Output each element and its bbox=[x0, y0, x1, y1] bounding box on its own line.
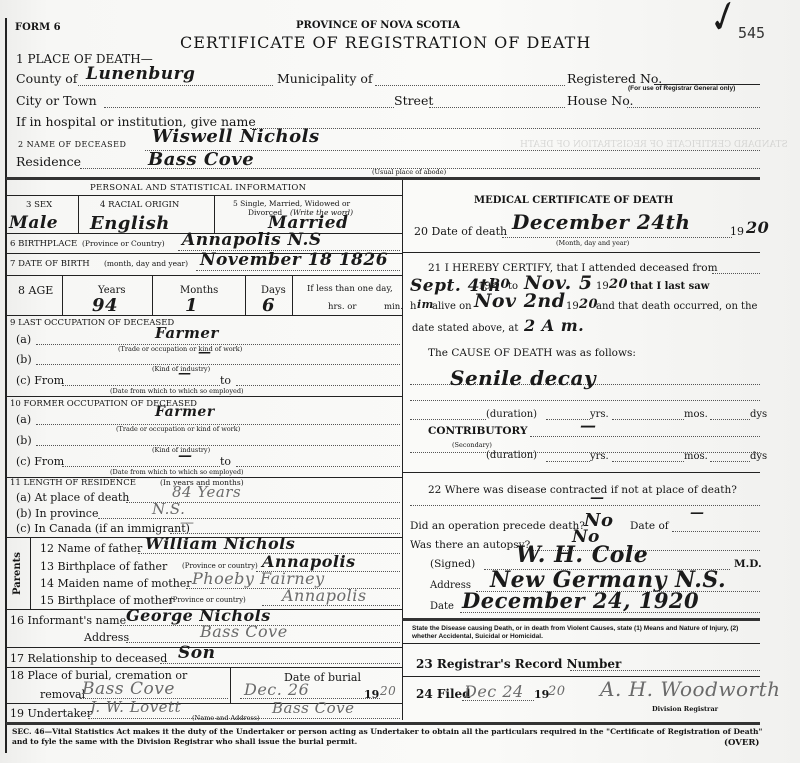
last-c-value[interactable]: — bbox=[178, 366, 192, 381]
date-of-label: Date of bbox=[630, 520, 669, 532]
res-c-value[interactable]: — bbox=[180, 515, 195, 531]
informant-name-label: 16 Informant's name bbox=[10, 614, 126, 627]
death-date-note: (Month, day and year) bbox=[556, 239, 629, 247]
days-value[interactable]: 6 bbox=[262, 295, 275, 316]
undertaker-address[interactable]: Bass Cove bbox=[272, 699, 355, 717]
dob-value[interactable]: November 18 1826 bbox=[200, 250, 388, 270]
column-divider bbox=[402, 180, 403, 720]
father-name-value[interactable]: William Nichols bbox=[145, 534, 295, 553]
dob-label: 7 DATE OF BIRTH bbox=[10, 259, 90, 269]
res-b-label: (b) In province bbox=[16, 507, 98, 520]
informant-address-label: Address bbox=[84, 631, 129, 644]
footer-notice: SEC. 46—Vital Statistics Act makes it th… bbox=[12, 727, 764, 747]
duration-label: (duration) bbox=[486, 409, 537, 420]
secondary-note: (Secondary) bbox=[452, 441, 492, 449]
contributory-value[interactable]: — bbox=[580, 416, 597, 435]
duration-2-label: (duration) bbox=[486, 450, 537, 461]
relationship-value[interactable]: Son bbox=[178, 643, 215, 663]
over-label: (OVER) bbox=[724, 738, 759, 748]
county-value[interactable]: Lunenburg bbox=[86, 64, 195, 84]
deceased-name-label: 2 NAME OF DECEASED bbox=[18, 140, 126, 149]
age-label: 8 AGE bbox=[18, 284, 53, 297]
former-a-value[interactable]: Farmer bbox=[155, 404, 215, 420]
last-b-label: (b) bbox=[16, 353, 32, 366]
contributory-label: CONTRIBUTORY bbox=[428, 425, 527, 437]
to-year-prefix: 19 bbox=[596, 281, 609, 292]
time-of-death-value[interactable]: 2 A m. bbox=[524, 316, 584, 335]
signed-value[interactable]: W. H. Cole bbox=[516, 542, 648, 568]
former-date-note: (Date from which to which so employed) bbox=[110, 468, 244, 476]
burial-place-value[interactable]: Bass Cove bbox=[82, 679, 175, 699]
registered-no-label: Registered No. bbox=[567, 71, 662, 86]
dob-note: (month, day and year) bbox=[104, 259, 188, 268]
death-occurred-label: and that death occurred, on the bbox=[596, 301, 757, 312]
alive-label: alive on bbox=[432, 301, 472, 312]
last-occupation-label: 9 LAST OCCUPATION OF DECEASED bbox=[10, 318, 174, 328]
signed-label: (Signed) bbox=[430, 558, 475, 570]
stamp-number: 545 bbox=[738, 24, 765, 42]
to-year-value[interactable]: 20 bbox=[609, 277, 628, 292]
former-a-label: (a) bbox=[16, 413, 31, 426]
mother-birthplace-value[interactable]: Annapolis bbox=[282, 586, 367, 605]
dys-label: dys bbox=[750, 409, 767, 420]
sex-value[interactable]: Male bbox=[9, 213, 58, 233]
contracted-value[interactable]: — bbox=[590, 490, 605, 506]
death-date-label: 20 Date of death bbox=[414, 225, 507, 238]
removal-label: removal bbox=[40, 688, 85, 701]
autopsy-label: Was there an autopsy? bbox=[410, 539, 530, 551]
registrar-note: Division Registrar bbox=[652, 705, 718, 713]
certificate-title: CERTIFICATE OF REGISTRATION OF DEATH bbox=[180, 33, 591, 52]
former-b-label: (b) bbox=[16, 434, 32, 447]
dys-2-label: dys bbox=[750, 451, 767, 462]
registered-no-note: (For use of Registrar General only) bbox=[628, 85, 735, 92]
former-to-label: to bbox=[220, 455, 231, 468]
undertaker-value[interactable]: J. W. Lovett bbox=[90, 698, 181, 716]
signature-date-value[interactable]: December 24, 1920 bbox=[462, 588, 699, 613]
residence-length-label: 11 LENGTH OF RESIDENCE bbox=[10, 478, 136, 488]
personal-section-title: PERSONAL AND STATISTICAL INFORMATION bbox=[90, 183, 306, 193]
signature-date-label: Date bbox=[430, 601, 454, 612]
cause-value[interactable]: Senile decay bbox=[450, 366, 596, 390]
him-prefix: h bbox=[410, 301, 416, 312]
street-label: Street bbox=[394, 93, 433, 108]
alive-year-prefix: 19 bbox=[566, 301, 579, 312]
left-border bbox=[5, 18, 7, 753]
burial-year-value[interactable]: 20 bbox=[380, 684, 396, 698]
trade-note: (Trade or occupation or kind of work) bbox=[118, 345, 242, 353]
house-no-label: House No. bbox=[567, 93, 633, 108]
res-a-label: (a) At place of death bbox=[16, 491, 129, 504]
deceased-name-value[interactable]: Wiswell Nichols bbox=[152, 126, 320, 147]
min-label: min. bbox=[384, 302, 403, 312]
last-a-label: (a) bbox=[16, 333, 31, 346]
residence-label: Residence bbox=[16, 154, 81, 169]
mother-birthplace-note: (Province or country) bbox=[170, 596, 246, 604]
former-c-value[interactable]: — bbox=[178, 448, 193, 464]
mos-label: mos. bbox=[684, 409, 708, 420]
municipality-label: Municipality of bbox=[277, 71, 373, 86]
death-year-prefix: 19 bbox=[730, 225, 744, 238]
yrs-2-label: yrs. bbox=[590, 451, 609, 462]
divider bbox=[6, 177, 760, 180]
burial-year-prefix: 19 bbox=[364, 688, 379, 701]
death-certificate: FORM 6 PROVINCE OF NOVA SCOTIA CERTIFICA… bbox=[0, 0, 800, 763]
date-of-value[interactable]: — bbox=[690, 505, 705, 521]
undertaker-note: (Name and Address) bbox=[192, 714, 260, 722]
last-a-value[interactable]: Farmer bbox=[155, 324, 219, 342]
hrs-label: hrs. or bbox=[328, 302, 356, 312]
filed-label: 24 Filed bbox=[416, 687, 471, 701]
disease-note: State the Disease causing Death, or in d… bbox=[412, 625, 762, 641]
racial-label: 4 RACIAL ORIGIN bbox=[100, 200, 179, 210]
death-date-value[interactable]: December 24th bbox=[512, 210, 690, 234]
birthplace-label: 6 BIRTHPLACE bbox=[10, 239, 77, 249]
parents-side-label: Parents bbox=[12, 552, 23, 595]
months-value[interactable]: 1 bbox=[185, 295, 198, 316]
date-note: (Date from which to which so employed) bbox=[110, 387, 244, 395]
relationship-label: 17 Relationship to deceased bbox=[10, 652, 167, 665]
md-label: M.D. bbox=[734, 558, 762, 570]
racial-value[interactable]: English bbox=[90, 213, 170, 234]
undertaker-label: 19 Undertaker bbox=[10, 707, 92, 720]
mother-maiden-label: 14 Maiden name of mother bbox=[40, 577, 192, 590]
father-name-label: 12 Name of father bbox=[40, 542, 142, 555]
county-label: County of bbox=[16, 71, 77, 86]
father-birthplace-label: 13 Birthplace of father bbox=[40, 560, 167, 573]
province-heading: PROVINCE OF NOVA SCOTIA bbox=[296, 20, 460, 31]
res-a-value[interactable]: 84 Years bbox=[172, 483, 241, 501]
former-trade-note: (Trade or occupation or kind of work) bbox=[116, 425, 240, 433]
residence-note: (Usual place of abode) bbox=[372, 168, 446, 176]
cause-label: The CAUSE OF DEATH was as follows: bbox=[428, 347, 636, 359]
filed-date-value[interactable]: Dec 24 bbox=[464, 682, 524, 701]
contracted-label: 22 Where was disease contracted if not a… bbox=[428, 484, 737, 496]
filed-year-value[interactable]: 20 bbox=[548, 684, 566, 699]
registrar-signature[interactable]: A. H. Woodworth bbox=[600, 677, 781, 701]
alive-on-value[interactable]: Nov 2nd bbox=[474, 290, 566, 312]
form-number: FORM 6 bbox=[15, 22, 61, 33]
sex-label: 3 SEX bbox=[26, 200, 52, 210]
birthplace-note: (Province or Country) bbox=[82, 239, 165, 248]
last-to-label: to bbox=[220, 374, 231, 387]
marital-label: 5 Single, Married, Widowed or bbox=[233, 199, 350, 208]
former-c-label: (c) From bbox=[16, 455, 64, 468]
last-c-label: (c) From bbox=[16, 374, 64, 387]
residence-value[interactable]: Bass Cove bbox=[148, 149, 254, 170]
date-above-label: date stated above, at bbox=[412, 323, 518, 334]
last-b-value[interactable]: — bbox=[198, 345, 212, 360]
mos-2-label: mos. bbox=[684, 451, 708, 462]
last-saw-label: that I last saw bbox=[630, 281, 709, 292]
death-year-value[interactable]: 20 bbox=[746, 218, 769, 237]
city-label: City or Town bbox=[16, 93, 97, 108]
record-number-label: 23 Registrar's Record Number bbox=[416, 657, 621, 671]
years-value[interactable]: 94 bbox=[92, 295, 118, 316]
birthplace-value[interactable]: Annapolis N.S bbox=[182, 230, 322, 250]
burial-date-value[interactable]: Dec. 26 bbox=[244, 680, 309, 699]
less-than-day-label: If less than one day, bbox=[307, 284, 393, 294]
operation-label: Did an operation precede death? bbox=[410, 520, 585, 532]
medical-title: MEDICAL CERTIFICATE OF DEATH bbox=[474, 195, 673, 206]
informant-address-value[interactable]: Bass Cove bbox=[200, 622, 288, 641]
